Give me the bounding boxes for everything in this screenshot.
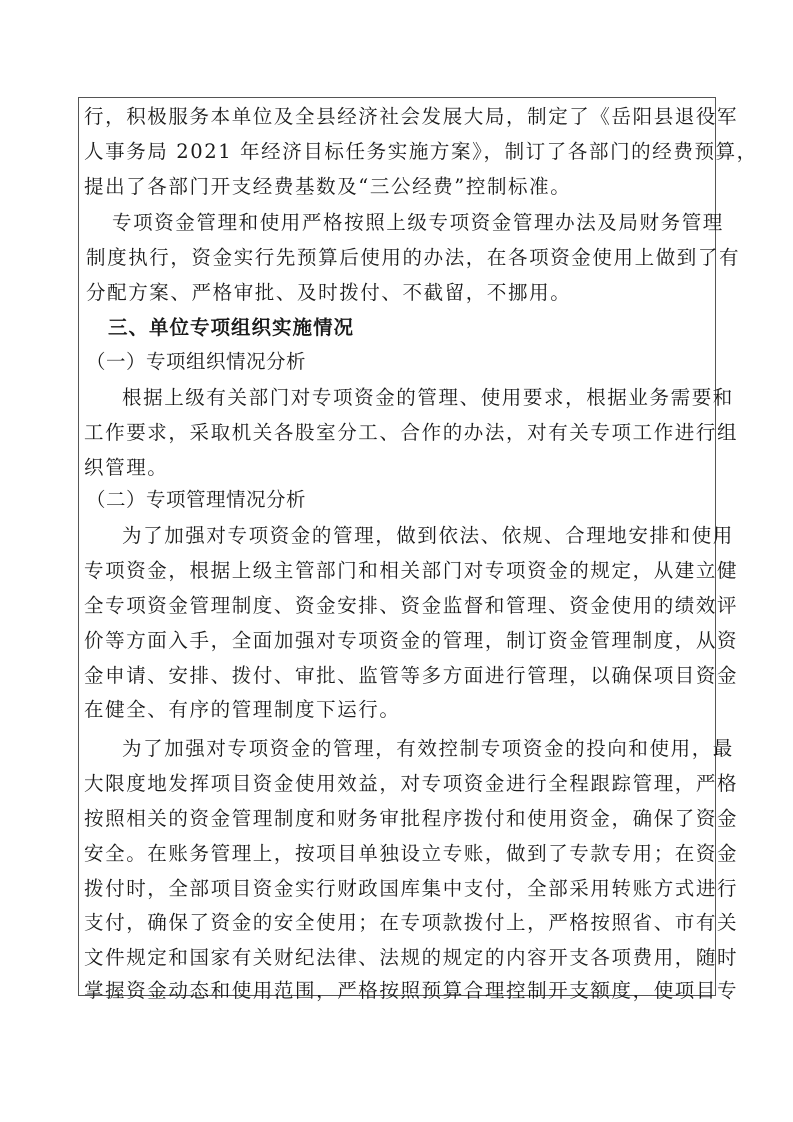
- text-line: 在健全、有序的管理制度下运行。: [84, 700, 401, 720]
- text-line: 按照相关的资金管理制度和财务审批程序拨付和使用资金，确保了资金: [84, 809, 738, 829]
- text-line: 提出了各部门开支经费基数及“三公经费”控制标准。: [84, 177, 571, 197]
- text-line: 织管理。: [84, 458, 168, 478]
- text-line: 金申请、安排、拨付、审批、监管等多方面进行管理，以确保项目资金: [84, 666, 738, 686]
- text-line: 专项资金，根据上级主管部门和相关部门对专项资金的规定，从建立健: [84, 561, 738, 581]
- text-line: 分配方案、严格审批、及时拨付、不截留，不挪用。: [86, 283, 571, 303]
- text-line: 制度执行，资金实行先预算后使用的办法，在各项资金使用上做到了有: [86, 248, 740, 268]
- text-line: 大限度地发挥项目资金使用效益，对专项资金进行全程跟踪管理，严格: [84, 774, 738, 794]
- text-line: 支付，确保了资金的安全使用；在专项款拨付上，严格按照省、市有关: [84, 913, 738, 933]
- text-line: 安全。在账务管理上，按项目单独设立专账，做到了专款专用；在资金: [84, 844, 738, 864]
- paragraph-first-line: 为了加强对专项资金的管理，有效控制专项资金的投向和使用，最: [122, 739, 734, 759]
- text-line: 掌握资金动态和使用范围，严格按照预算合理控制开支额度，使项目专: [84, 981, 738, 1001]
- text-line: 人事务局 2021 年经济目标任务实施方案》，制订了各部门的经费预算，: [84, 142, 758, 162]
- text-line: 全专项资金管理制度、资金安排、资金监督和管理、资金使用的绩效评: [84, 596, 738, 616]
- subsection-heading: （一）专项组织情况分析: [86, 352, 306, 372]
- text-line: 价等方面入手，全面加强对专项资金的管理，制订资金管理制度，从资: [84, 631, 738, 651]
- text-line: 文件规定和国家有关财纪法律、法规的规定的内容开支各项费用，随时: [84, 948, 738, 968]
- paragraph-first-line: 专项资金管理和使用严格按照上级专项资金管理办法及局财务管理: [112, 213, 724, 233]
- text-line: 拨付时，全部项目资金实行财政国库集中支付，全部采用转账方式进行: [84, 879, 738, 899]
- subsection-heading: （二）专项管理情况分析: [86, 490, 306, 510]
- text-line: 工作要求，采取机关各股室分工、合作的办法，对有关专项工作进行组: [84, 423, 738, 443]
- paragraph-first-line: 为了加强对专项资金的管理，做到依法、依规、合理地安排和使用: [122, 526, 734, 546]
- paragraph-first-line: 根据上级有关部门对专项资金的管理、使用要求，根据业务需要和: [122, 388, 734, 408]
- section-heading: 三、单位专项组织实施情况: [108, 318, 354, 338]
- text-line: 行，积极服务本单位及全县经济社会发展大局，制定了《岳阳县退役军: [84, 107, 738, 127]
